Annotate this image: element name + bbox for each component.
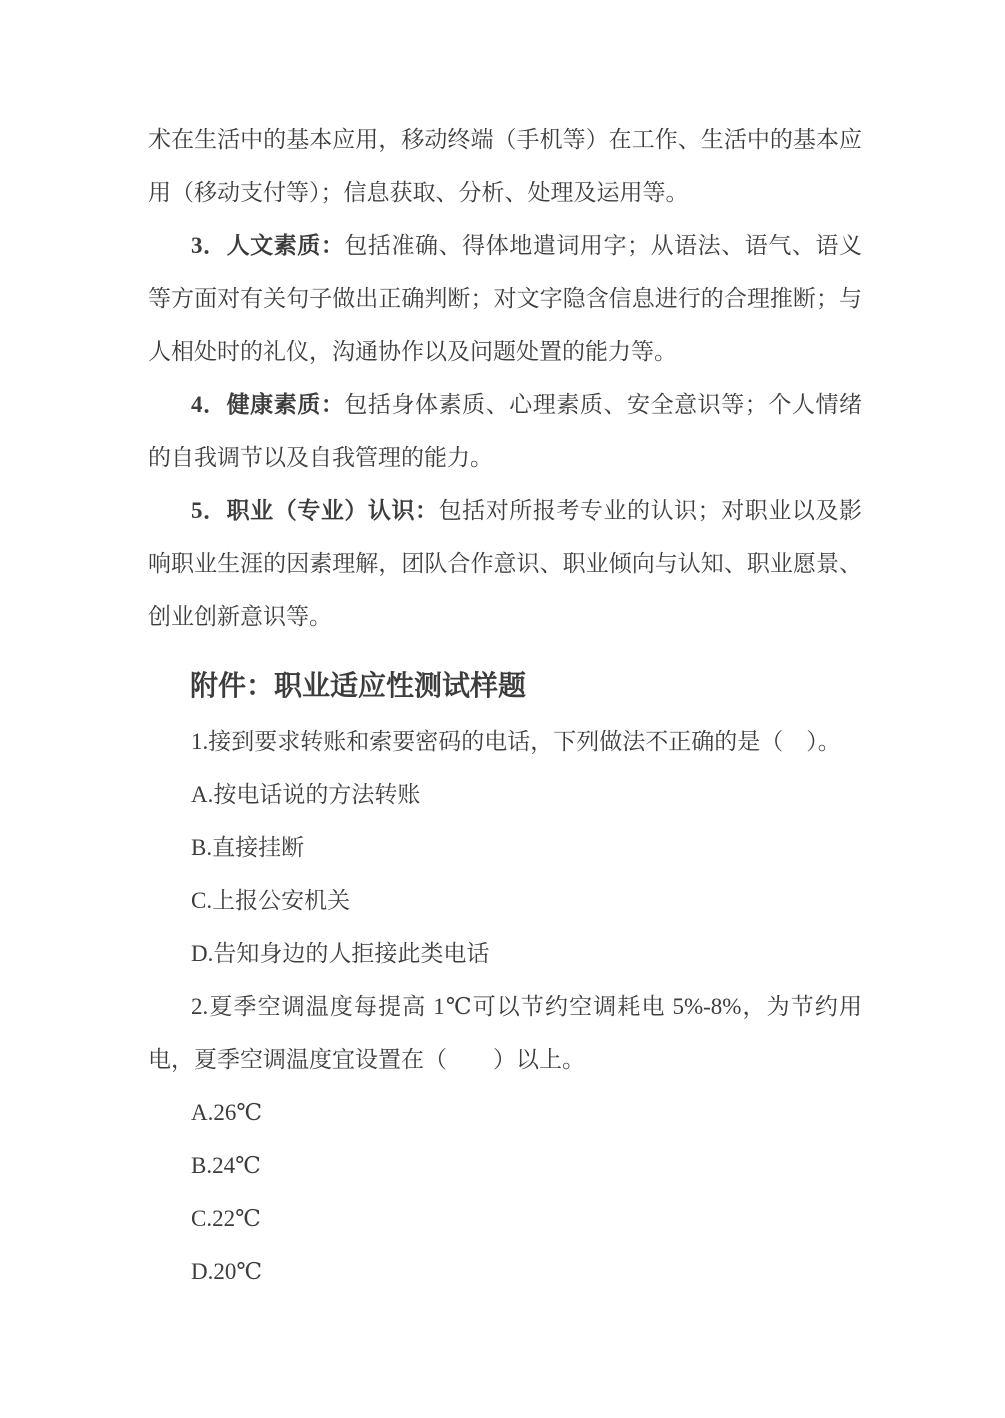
question-2-option-c: C.22℃ — [148, 1192, 862, 1245]
text-run: B.24℃ — [191, 1153, 261, 1178]
question-1: 1.接到要求转账和索要密码的电话，下列做法不正确的是（ ）。 — [148, 715, 862, 768]
question-2-option-b: B.24℃ — [148, 1139, 862, 1192]
question-1-option-d: D.告知身边的人拒接此类电话 — [148, 927, 862, 980]
question-1-option-a: A.按电话说的方法转账 — [148, 768, 862, 821]
paragraph-item-4: 4．健康素质：包括身体素质、心理素质、安全意识等；个人情绪的自我调节以及自我管理… — [148, 378, 862, 484]
question-2-option-a: A.26℃ — [148, 1086, 862, 1139]
text-run: D.20℃ — [191, 1259, 262, 1284]
text-run: A.按电话说的方法转账 — [191, 782, 420, 807]
document-page: 术在生活中的基本应用，移动终端（手机等）在工作、生活中的基本应用（移动支付等）；… — [0, 0, 1005, 1418]
question-1-option-b: B.直接挂断 — [148, 821, 862, 874]
text-run: A.26℃ — [191, 1100, 262, 1125]
paragraph-continuation: 术在生活中的基本应用，移动终端（手机等）在工作、生活中的基本应用（移动支付等）；… — [148, 113, 862, 219]
attachment-heading: 附件：职业适应性测试样题 — [148, 659, 862, 715]
paragraph-item-5: 5．职业（专业）认识：包括对所报考专业的认识；对职业以及影响职业生涯的因素理解，… — [148, 484, 862, 643]
text-run: D.告知身边的人拒接此类电话 — [191, 941, 489, 966]
bold-run: 附件：职业适应性测试样题 — [190, 671, 526, 702]
text-run: B.直接挂断 — [191, 835, 304, 860]
question-2-option-d: D.20℃ — [148, 1245, 862, 1298]
question-2: 2.夏季空调温度每提高 1℃可以节约空调耗电 5%-8%，为节约用电，夏季空调温… — [148, 980, 862, 1086]
text-run: 1.接到要求转账和索要密码的电话，下列做法不正确的是（ ）。 — [191, 729, 841, 754]
bold-run: 3．人文素质： — [191, 233, 344, 258]
text-run: C.22℃ — [191, 1206, 261, 1231]
question-1-option-c: C.上报公安机关 — [148, 874, 862, 927]
paragraph-item-3: 3．人文素质：包括准确、得体地遣词用字；从语法、语气、语义等方面对有关句子做出正… — [148, 219, 862, 378]
text-run: C.上报公安机关 — [191, 888, 350, 913]
document-content: 术在生活中的基本应用，移动终端（手机等）在工作、生活中的基本应用（移动支付等）；… — [0, 0, 1005, 1298]
text-run: 术在生活中的基本应用，移动终端（手机等）在工作、生活中的基本应用（移动支付等）；… — [148, 127, 862, 205]
text-run: 2.夏季空调温度每提高 1℃可以节约空调耗电 5%-8%，为节约用电，夏季空调温… — [148, 994, 862, 1072]
bold-run: 5．职业（专业）认识： — [191, 498, 439, 523]
bold-run: 4．健康素质： — [191, 392, 344, 417]
